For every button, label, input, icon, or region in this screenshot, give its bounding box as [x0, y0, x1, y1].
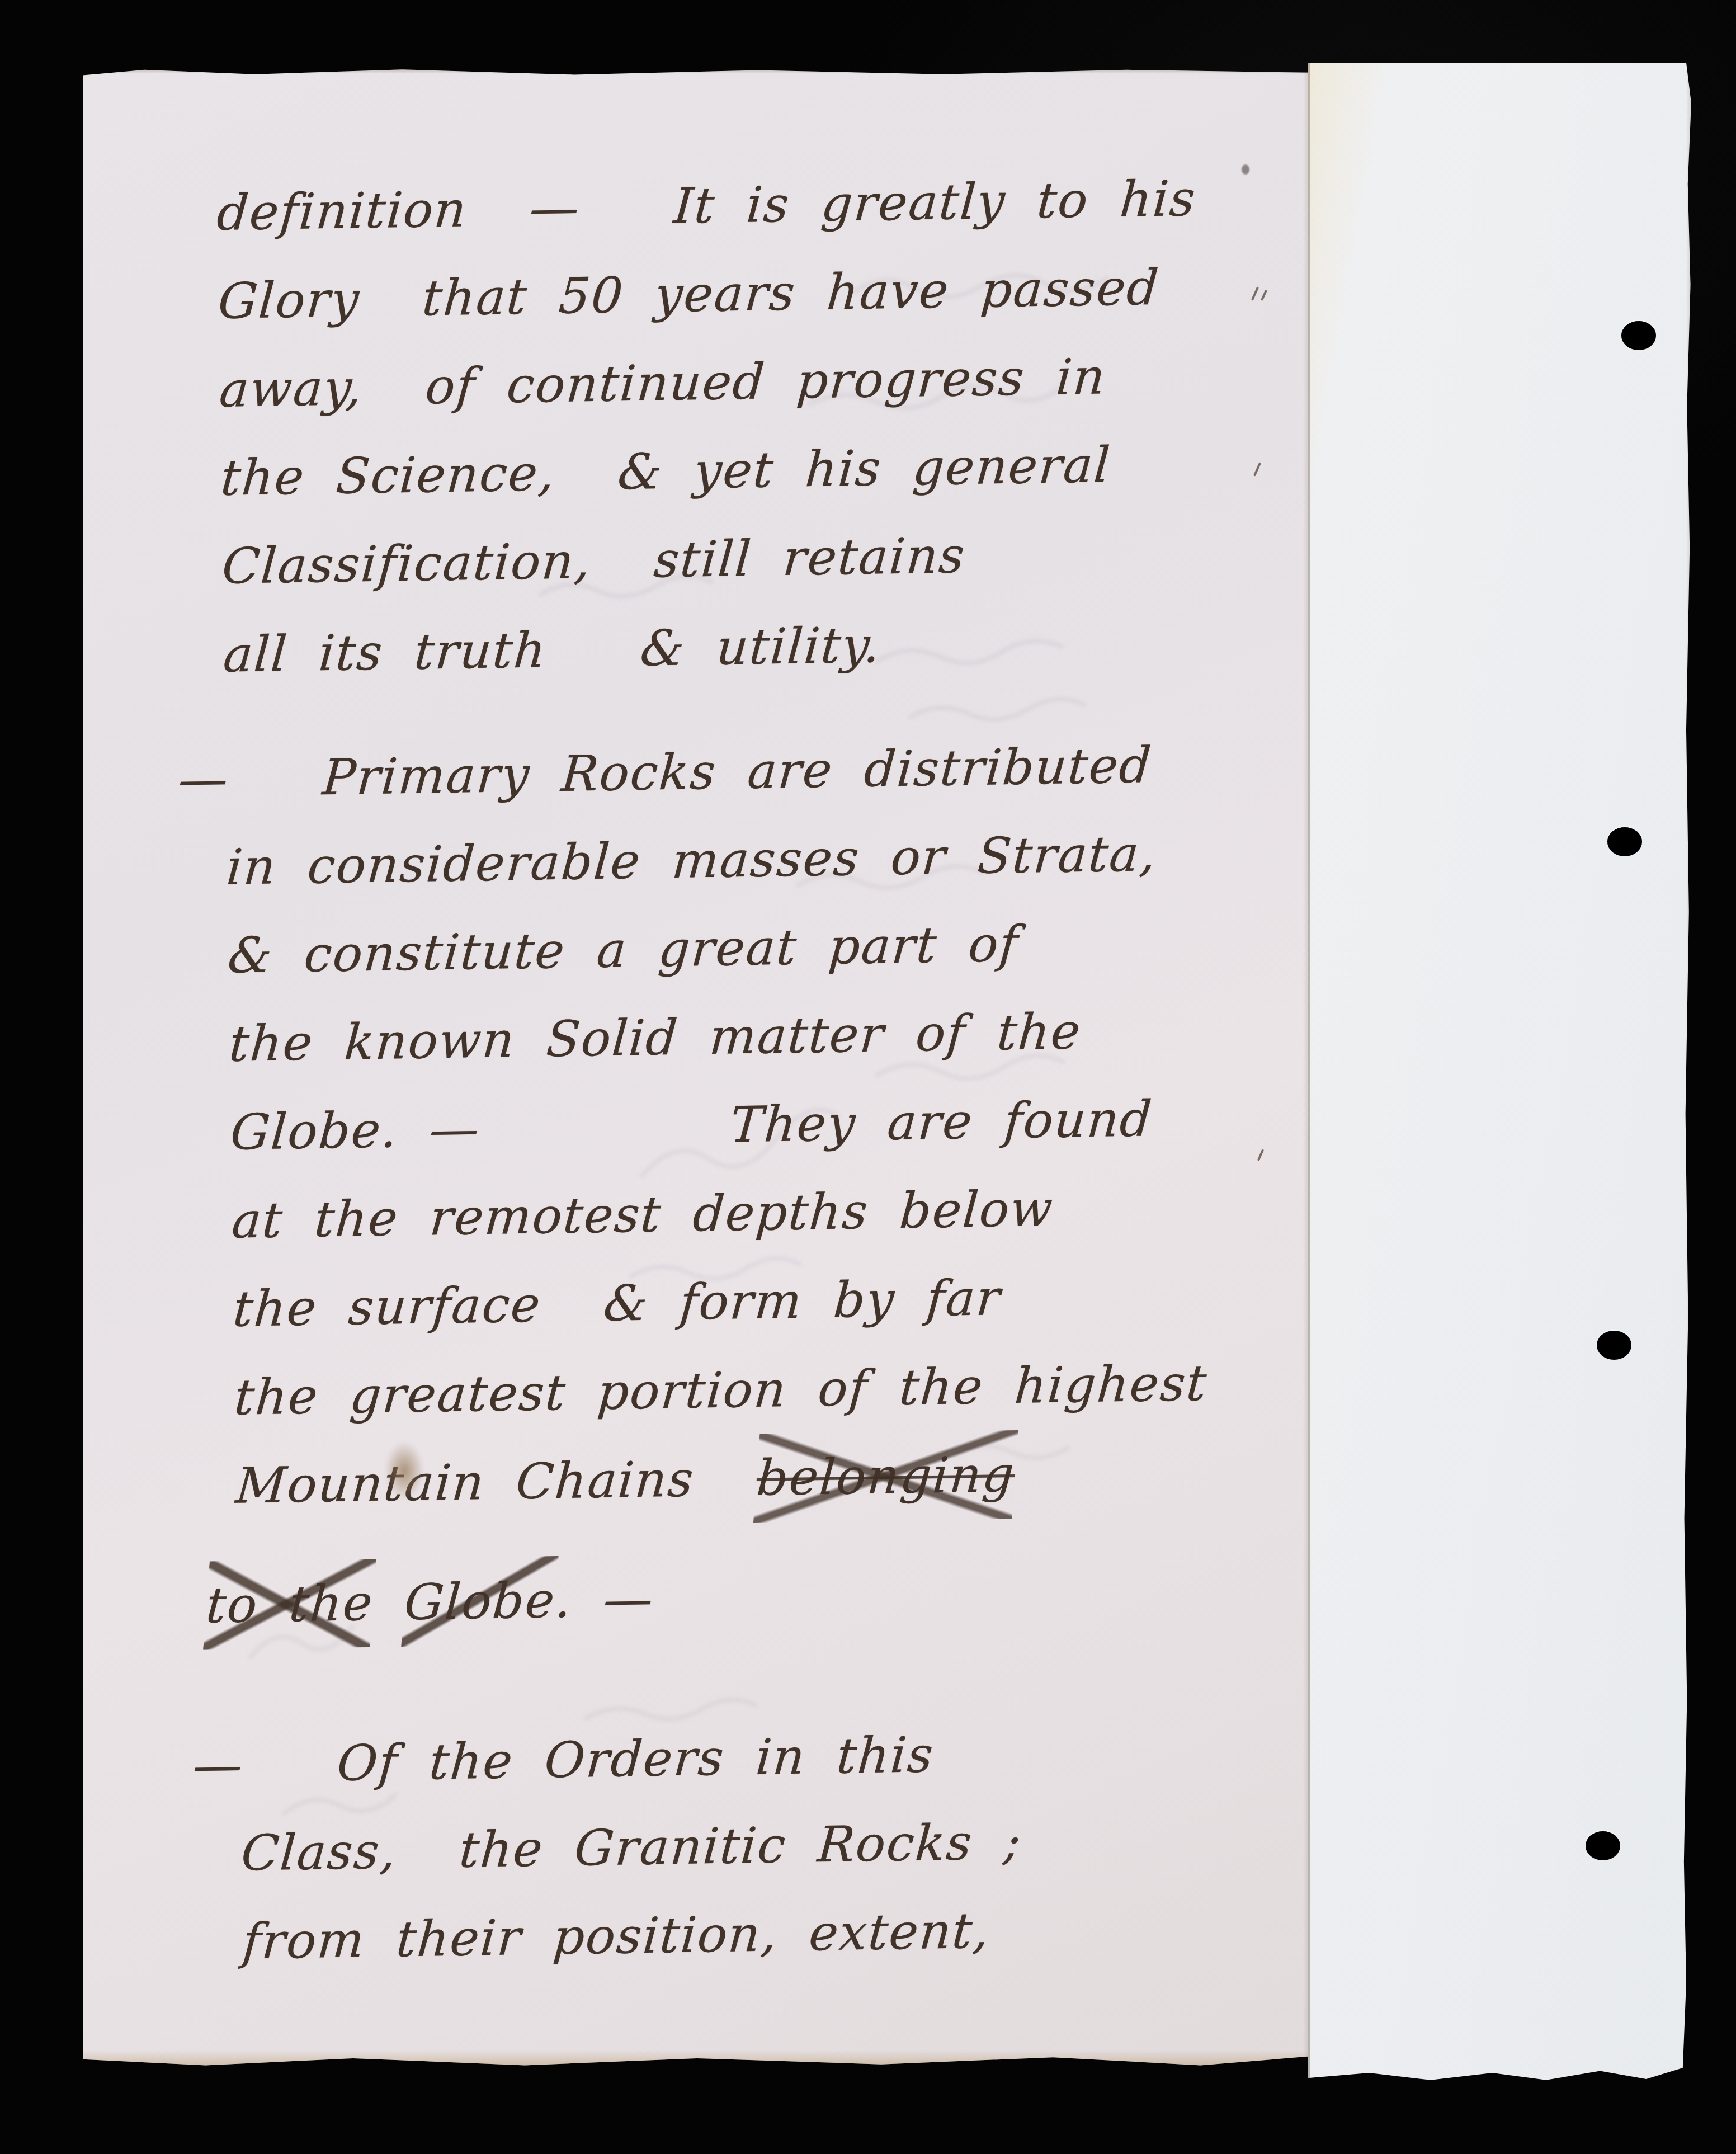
text-line: all its truth & utility.	[220, 595, 1317, 699]
text-segment: Globe. — They are found	[228, 1074, 1156, 1177]
text-line: Globe. — They are found	[228, 1072, 1324, 1177]
struck-out-text: to the	[203, 1559, 376, 1650]
struck-out-text: belonging	[753, 1430, 1018, 1523]
text-line: Classification, still retains	[219, 506, 1316, 611]
manuscript-text: definition — It is greatly to hisGlory t…	[213, 153, 1330, 1986]
text-line: the greatest portion of the highest	[232, 1337, 1328, 1442]
text-segment: — Of the Orders in this	[190, 1710, 937, 1810]
text-line: Glory that 50 years have passed	[215, 241, 1312, 346]
text-line: to the Globe. —	[203, 1545, 1331, 1650]
paragraph: definition — It is greatly to hisGlory t…	[213, 153, 1311, 699]
manuscript-page: definition — It is greatly to hisGlory t…	[83, 68, 1311, 2067]
text-segment: at the remotest depths below	[229, 1165, 1056, 1265]
text-line: at the remotest depths below	[229, 1161, 1325, 1265]
text-segment: — Primary Rocks are distributed	[175, 721, 1155, 824]
text-segment: in considerable masses or Strata,	[224, 809, 1160, 912]
text-line: from their position, extent,	[239, 1882, 1336, 1986]
text-line: the surface & form by far	[230, 1249, 1327, 1354]
text-segment: the Science, & yet his general	[218, 421, 1114, 522]
attached-paper-strip	[1308, 63, 1692, 2084]
text-line: in considerable masses or Strata,	[224, 807, 1320, 912]
paragraph: — Primary Rocks are distributedin consid…	[221, 719, 1325, 1649]
text-segment: Glory that 50 years have passed	[215, 243, 1163, 346]
text-line: Class, the Granitic Rocks ;	[238, 1793, 1335, 1898]
text-segment: Class, the Granitic Rocks ;	[238, 1798, 1025, 1898]
text-line: definition — It is greatly to his	[214, 153, 1310, 257]
text-segment: the known Solid matter of the	[226, 987, 1084, 1088]
punch-hole	[1621, 321, 1656, 350]
text-segment: . —	[552, 1554, 657, 1644]
text-segment: Classification, still retains	[219, 511, 969, 611]
photo-stage: definition — It is greatly to hisGlory t…	[0, 0, 1736, 2154]
text-segment: the greatest portion of the highest	[232, 1339, 1211, 1442]
text-line: the known Solid matter of the	[226, 984, 1323, 1088]
text-line: the Science, & yet his general	[218, 418, 1314, 522]
text-segment: the surface & form by far	[230, 1253, 1004, 1354]
text-line: away, of continued progress in	[216, 329, 1313, 434]
text-line: — Of the Orders in this	[190, 1705, 1334, 1810]
text-line: & constitute a great part of	[225, 895, 1322, 1000]
text-segment: from their position, extent,	[239, 1887, 993, 1986]
text-segment: definition — It is greatly to his	[214, 154, 1199, 257]
text-segment: & constitute a great part of	[225, 900, 1022, 1000]
punch-hole	[1597, 1331, 1631, 1360]
text-segment: away, of continued progress in	[216, 332, 1109, 434]
struck-out-text: Globe	[402, 1556, 559, 1647]
text-segment: all its truth & utility.	[220, 601, 884, 699]
paragraph: — Of the Orders in thisClass, the Granit…	[235, 1705, 1330, 1986]
text-segment: Mountain Chains	[233, 1434, 760, 1530]
text-line: — Primary Rocks are distributed	[175, 719, 1319, 824]
punch-hole	[1586, 1831, 1620, 1860]
paper-speck	[1242, 164, 1249, 175]
punch-hole	[1607, 827, 1642, 856]
